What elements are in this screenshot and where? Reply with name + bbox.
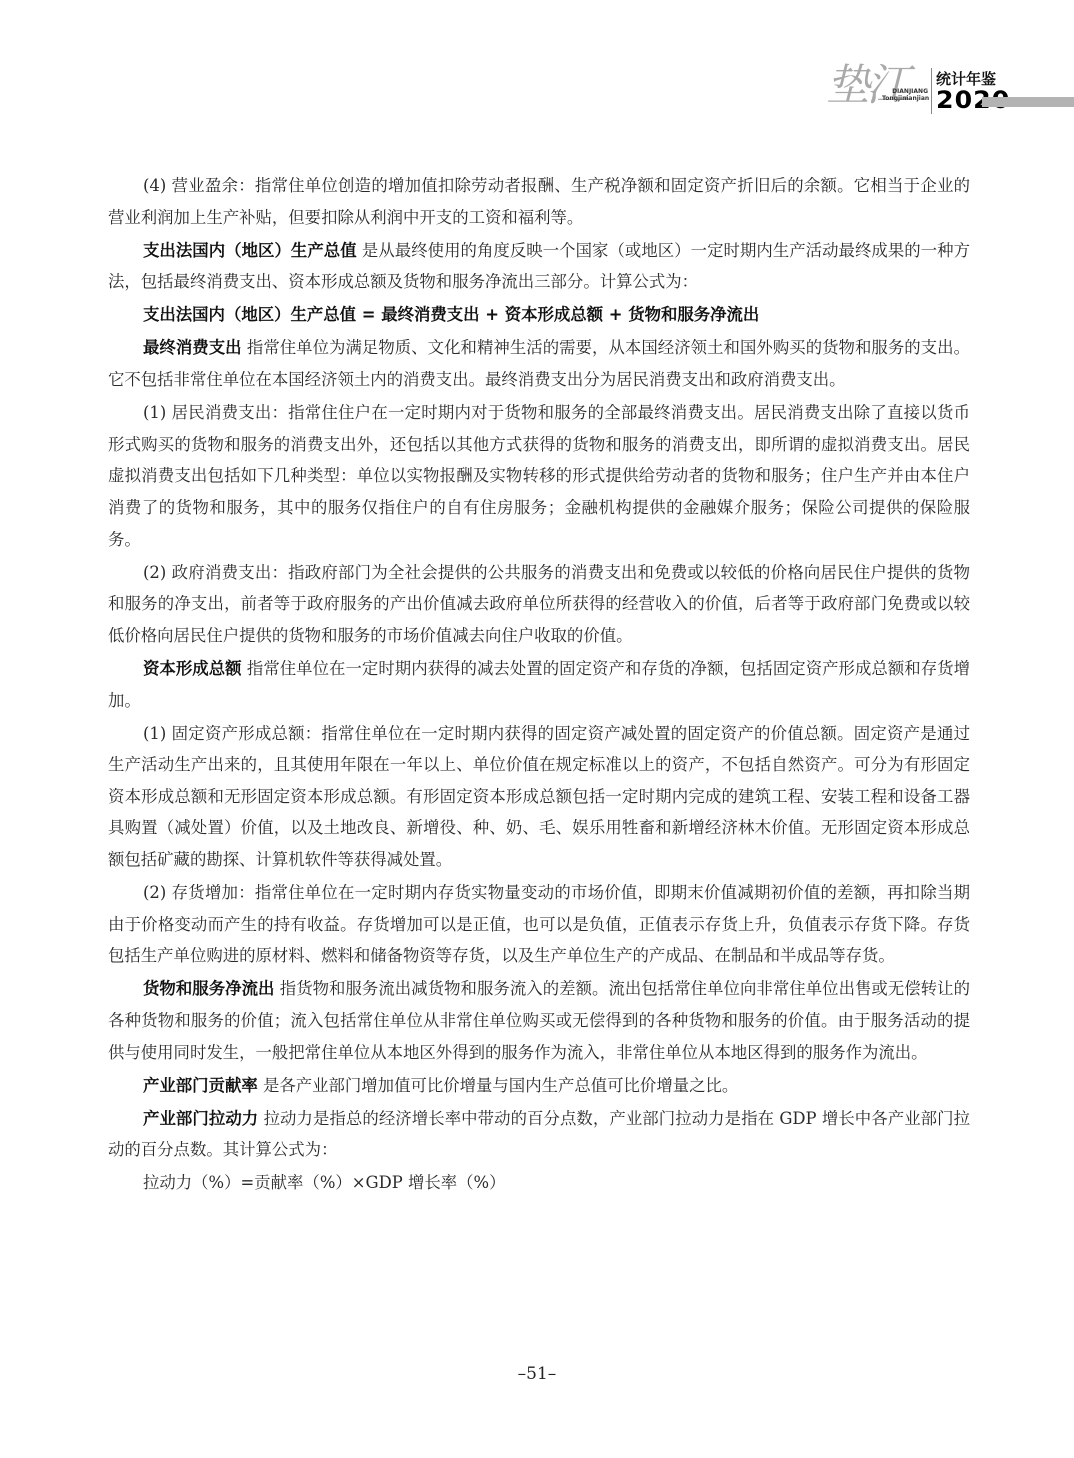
term-heading: 最终消费支出 [143, 338, 242, 357]
term-heading: 资本形成总额 [143, 659, 242, 678]
term-heading: 支出法国内（地区）生产总值 [143, 241, 357, 260]
logo-separator [931, 68, 932, 114]
page-number: –51– [0, 1364, 1074, 1384]
paragraph-text: (1) 居民消费支出：指常住住户在一定时期内对于货物和服务的全部最终消费支出。居… [108, 403, 970, 548]
paragraph-fixed-capital-formation: (1) 固定资产形成总额：指常住单位在一定时期内获得的固定资产减处置的固定资产的… [108, 718, 970, 876]
paragraph-pulling-force: 产业部门拉动力 拉动力是指总的经济增长率中带动的百分点数，产业部门拉动力是指在 … [108, 1103, 970, 1166]
logo-pinyin: DIANJIANG Tongjinianjian [882, 88, 928, 102]
paragraph-gross-capital-formation: 资本形成总额 指常住单位在一定时期内获得的减去处置的固定资产和存货的净额，包括固… [108, 653, 970, 716]
formula-text: 支出法国内（地区）生产总值 = 最终消费支出 + 资本形成总额 + 货物和服务净… [143, 305, 759, 324]
paragraph-text: (2) 存货增加：指常住单位在一定时期内存货实物量变动的市场价值，即期末价值减期… [108, 883, 970, 965]
paragraph-inventory-increase: (2) 存货增加：指常住单位在一定时期内存货实物量变动的市场价值，即期末价值减期… [108, 877, 970, 972]
paragraph-operating-surplus: (4) 营业盈余：指常住单位创造的增加值扣除劳动者报酬、生产税净额和固定资产折旧… [108, 170, 970, 233]
paragraph-final-consumption: 最终消费支出 指常住单位为满足物质、文化和精神生活的需要，从本国经济领土和国外购… [108, 332, 970, 395]
term-heading: 货物和服务净流出 [143, 979, 275, 998]
formula-text: 拉动力（%）=贡献率（%）×GDP 增长率（%） [143, 1173, 506, 1192]
logo-pinyin-line-1: DIANJIANG [882, 88, 928, 95]
term-heading: 产业部门贡献率 [143, 1076, 258, 1095]
header-bar [982, 97, 1074, 107]
paragraph-government-consumption: (2) 政府消费支出：指政府部门为全社会提供的公共服务的消费支出和免费或以较低的… [108, 557, 970, 652]
paragraph-text: (2) 政府消费支出：指政府部门为全社会提供的公共服务的消费支出和免费或以较低的… [108, 563, 970, 645]
page-header: 垫江 DIANJIANG Tongjinianjian 统计年鉴 2020 [826, 58, 1074, 118]
term-heading: 产业部门拉动力 [143, 1109, 258, 1128]
formula-pulling-force: 拉动力（%）=贡献率（%）×GDP 增长率（%） [108, 1167, 970, 1199]
paragraph-text: (1) 固定资产形成总额：指常住单位在一定时期内获得的固定资产减处置的固定资产的… [108, 724, 970, 869]
formula-expenditure-gdp: 支出法国内（地区）生产总值 = 最终消费支出 + 资本形成总额 + 货物和服务净… [108, 299, 970, 331]
paragraph-expenditure-gdp: 支出法国内（地区）生产总值 是从最终使用的角度反映一个国家（或地区）一定时期内生… [108, 235, 970, 298]
paragraph-contribution-rate: 产业部门贡献率 是各产业部门增加值可比价增量与国内生产总值可比价增量之比。 [108, 1070, 970, 1102]
paragraph-text: 是各产业部门增加值可比价增量与国内生产总值可比价增量之比。 [258, 1076, 739, 1095]
logo-calligraphy: 垫江 [826, 58, 906, 114]
paragraph-text: (4) 营业盈余：指常住单位创造的增加值扣除劳动者报酬、生产税净额和固定资产折旧… [108, 176, 970, 227]
logo-pinyin-line-2: Tongjinianjian [882, 95, 928, 102]
body-text: (4) 营业盈余：指常住单位创造的增加值扣除劳动者报酬、生产税净额和固定资产折旧… [108, 170, 970, 1201]
paragraph-net-exports: 货物和服务净流出 指货物和服务流出减货物和服务流入的差额。流出包括常住单位向非常… [108, 973, 970, 1068]
paragraph-household-consumption: (1) 居民消费支出：指常住住户在一定时期内对于货物和服务的全部最终消费支出。居… [108, 397, 970, 555]
